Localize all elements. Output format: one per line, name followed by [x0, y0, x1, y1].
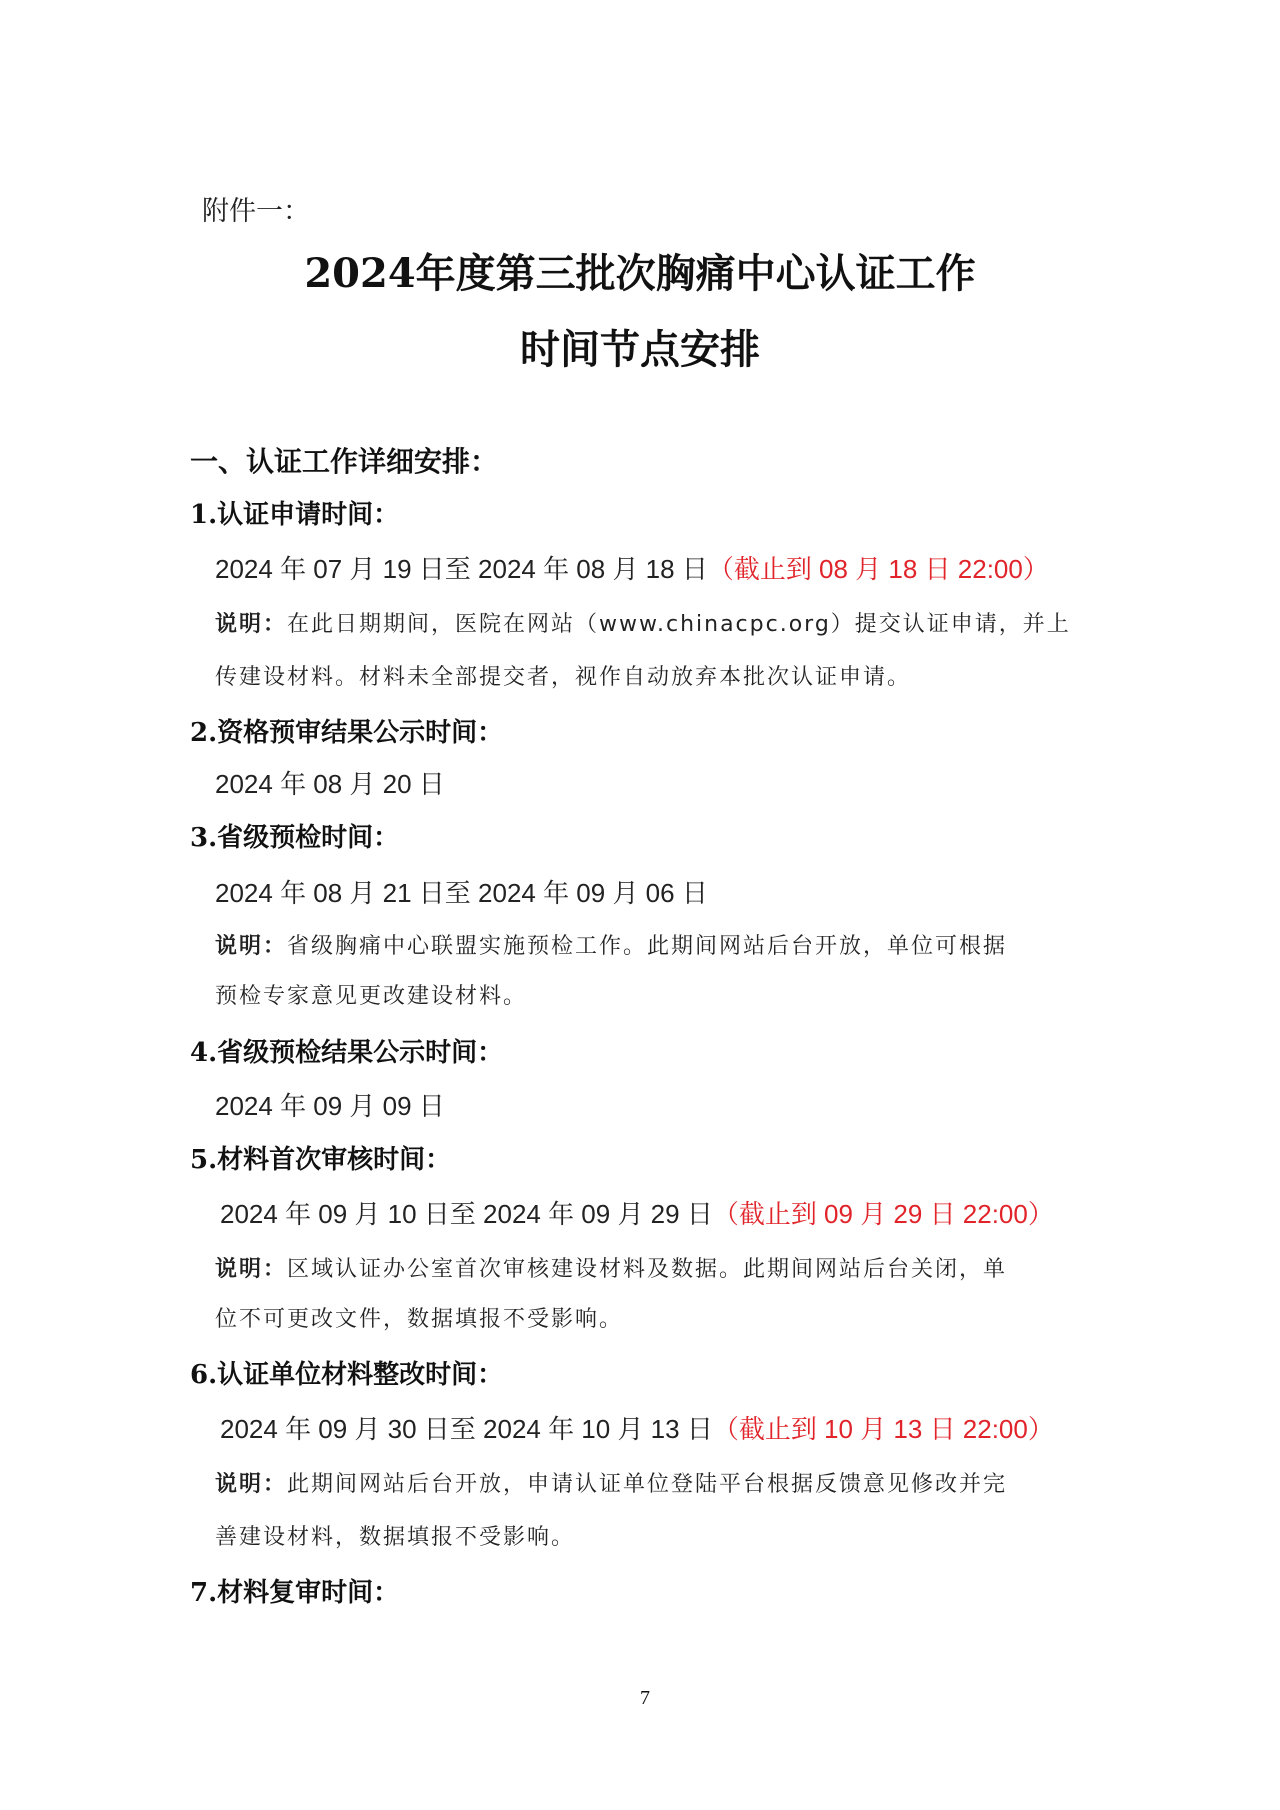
page-title: 2024年度第三批次胸痛中心认证工作 [0, 254, 1280, 294]
item-note-5-line1: 说明：区域认证办公室首次审核建设材料及数据。此期间网站后台关闭，单 [215, 1259, 1007, 1281]
item-date-3: 2024 年 08 月 21 日至 2024 年 09 月 06 日 [215, 880, 708, 906]
date-range: 2024 年 07 月 19 日至 2024 年 08 月 18 日 [215, 554, 708, 584]
note-label: 说明： [215, 1257, 287, 1282]
item-note-5-line2: 位不可更改文件，数据填报不受影响。 [215, 1309, 623, 1331]
note-text: 此期间网站后台开放，申请认证单位登陆平台根据反馈意见修改并完 [287, 1472, 1007, 1497]
item-date-6: 2024 年 09 月 30 日至 2024 年 10 月 13 日（截止到 1… [220, 1416, 1054, 1442]
note-label: 说明： [215, 934, 287, 959]
item-note-3-line2: 预检专家意见更改建设材料。 [215, 986, 527, 1008]
deadline-text: （截止到 10 月 13 日 22:00） [713, 1414, 1054, 1444]
item-date-1: 2024 年 07 月 19 日至 2024 年 08 月 18 日（截止到 0… [215, 556, 1049, 582]
note-text: 区域认证办公室首次审核建设材料及数据。此期间网站后台关闭，单 [287, 1257, 1007, 1282]
item-note-3-line1: 说明：省级胸痛中心联盟实施预检工作。此期间网站后台开放，单位可根据 [215, 936, 1007, 958]
item-date-4: 2024 年 09 月 09 日 [215, 1093, 445, 1119]
item-note-6-line1: 说明：此期间网站后台开放，申请认证单位登陆平台根据反馈意见修改并完 [215, 1474, 1007, 1496]
note-text: 省级胸痛中心联盟实施预检工作。此期间网站后台开放，单位可根据 [287, 934, 1007, 959]
item-heading-4: 4.省级预检结果公示时间： [190, 1040, 503, 1066]
section-heading: 一、认证工作详细安排： [190, 448, 498, 476]
deadline-text: （截止到 09 月 29 日 22:00） [713, 1199, 1054, 1229]
deadline-text: （截止到 08 月 18 日 22:00） [708, 554, 1049, 584]
note-label: 说明： [215, 1472, 287, 1497]
note-text: 在此日期期间，医院在网站（www.chinacpc.org）提交认证申请，并上 [287, 612, 1071, 637]
item-heading-5: 5.材料首次审核时间： [190, 1147, 451, 1173]
item-note-1-line2: 传建设材料。材料未全部提交者，视作自动放弃本批次认证申请。 [215, 667, 911, 689]
item-heading-3: 3.省级预检时间： [190, 825, 399, 851]
item-heading-7: 7.材料复审时间： [190, 1580, 399, 1606]
item-date-5: 2024 年 09 月 10 日至 2024 年 09 月 29 日（截止到 0… [220, 1201, 1054, 1227]
item-heading-2: 2.资格预审结果公示时间： [190, 720, 503, 746]
item-note-1-line1: 说明：在此日期期间，医院在网站（www.chinacpc.org）提交认证申请，… [215, 614, 1071, 636]
page-number: 7 [640, 1688, 650, 1708]
date-range: 2024 年 09 月 30 日至 2024 年 10 月 13 日 [220, 1414, 713, 1444]
attachment-label: 附件一： [202, 198, 310, 225]
item-heading-6: 6.认证单位材料整改时间： [190, 1362, 503, 1388]
item-note-6-line2: 善建设材料，数据填报不受影响。 [215, 1527, 575, 1549]
date-range: 2024 年 09 月 10 日至 2024 年 09 月 29 日 [220, 1199, 713, 1229]
item-heading-1: 1.认证申请时间： [190, 502, 399, 528]
note-label: 说明： [215, 612, 287, 637]
page-subtitle: 时间节点安排 [0, 330, 1280, 370]
item-date-2: 2024 年 08 月 20 日 [215, 771, 445, 797]
